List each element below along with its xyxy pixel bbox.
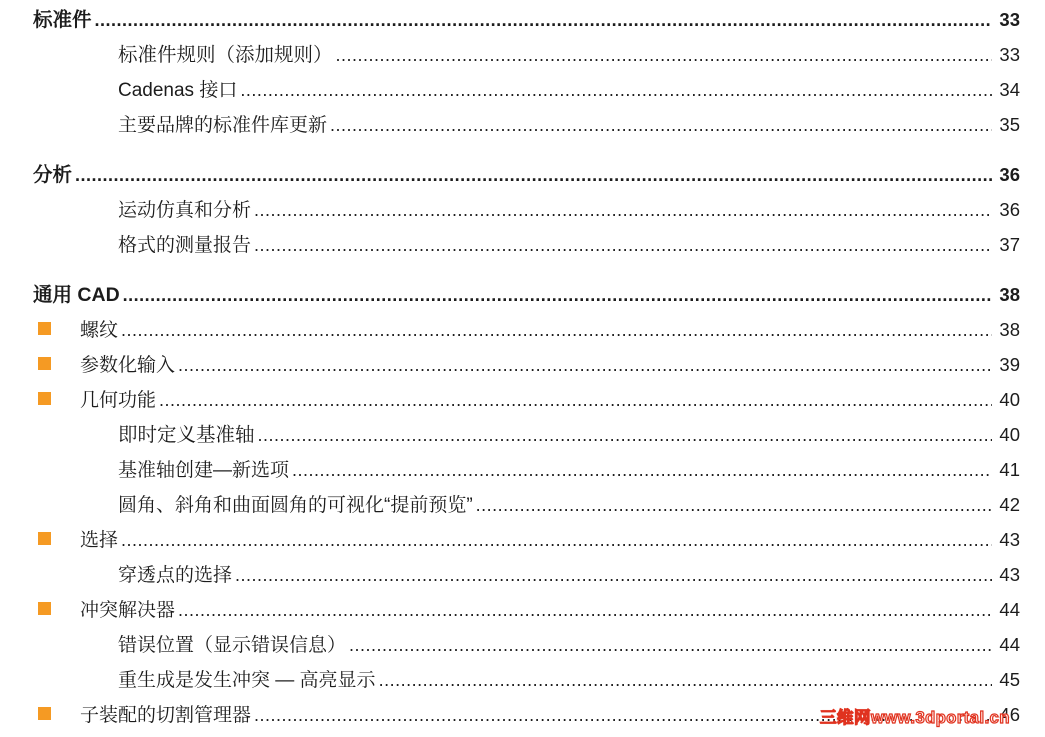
toc-entry-page: 38 [994, 277, 1020, 312]
toc-entry[interactable]: 主要品牌的标准件库更新 35 [33, 107, 1020, 142]
dot-leader-icon [379, 663, 992, 698]
watermark: 三维网www.3dportal.cn [820, 704, 1010, 728]
dot-leader-icon [258, 418, 992, 453]
toc-entry-page: 34 [994, 72, 1020, 107]
bullet-square-icon [38, 357, 51, 370]
toc-entry[interactable]: 标准件规则（添加规则） 33 [33, 37, 1020, 72]
toc-entry-label: 选择 [80, 523, 118, 558]
dot-leader-icon [476, 488, 992, 523]
toc-entry[interactable]: 通用 CAD 38 [33, 277, 1020, 312]
dot-leader-icon [75, 158, 992, 193]
toc-entry-label: 几何功能 [80, 383, 156, 418]
dot-leader-icon [330, 108, 992, 143]
toc-entry-label: 穿透点的选择 [118, 558, 232, 593]
toc-entry-page: 36 [994, 157, 1020, 192]
toc-entry[interactable]: 冲突解决器 44 [33, 592, 1020, 627]
toc-entry-page: 35 [994, 107, 1020, 142]
toc-entry[interactable]: 运动仿真和分析 36 [33, 192, 1020, 227]
toc-entry-label: 标准件 [33, 3, 92, 38]
dot-leader-icon [292, 453, 992, 488]
dot-leader-icon [240, 73, 992, 108]
toc-entry-page: 41 [994, 452, 1020, 487]
toc-entry[interactable]: 分析 36 [33, 157, 1020, 192]
toc-entry-label: 主要品牌的标准件库更新 [118, 108, 327, 143]
toc-entry-page: 40 [994, 382, 1020, 417]
dot-leader-icon [235, 558, 992, 593]
toc-entry[interactable]: 错误位置（显示错误信息） 44 [33, 627, 1020, 662]
toc-entry-page: 33 [994, 2, 1020, 37]
toc-entry-label: 格式的测量报告 [118, 228, 251, 263]
toc-entry-page: 33 [994, 37, 1020, 72]
toc-entry-label: 子装配的切割管理器 [80, 698, 251, 733]
dot-leader-icon [95, 3, 992, 38]
toc-entry-label: 重生成是发生冲突 — 高亮显示 [118, 663, 376, 698]
toc-entry[interactable]: 几何功能 40 [33, 382, 1020, 417]
dot-leader-icon [121, 523, 992, 558]
toc-entry-page: 36 [994, 192, 1020, 227]
bullet-square-icon [38, 322, 51, 335]
toc-entry-page: 43 [994, 522, 1020, 557]
toc-entry-page: 38 [994, 312, 1020, 347]
toc-entry[interactable]: 螺纹 38 [33, 312, 1020, 347]
toc-entry[interactable]: 基准轴创建—新选项 41 [33, 452, 1020, 487]
toc-entry[interactable]: 即时定义基准轴 40 [33, 417, 1020, 452]
toc-entry-label: 错误位置（显示错误信息） [118, 628, 346, 663]
dot-leader-icon [254, 228, 992, 263]
toc-entry-page: 45 [994, 662, 1020, 697]
dot-leader-icon [254, 193, 992, 228]
dot-leader-icon [178, 593, 992, 628]
toc-entry-label: 参数化输入 [80, 348, 175, 383]
toc-entry-label: 运动仿真和分析 [118, 193, 251, 228]
toc-entry-page: 44 [994, 627, 1020, 662]
toc-entry-page: 44 [994, 592, 1020, 627]
toc-entry-page: 39 [994, 347, 1020, 382]
toc-entry[interactable]: 圆角、斜角和曲面圆角的可视化“提前预览” 42 [33, 487, 1020, 522]
toc-entry-page: 37 [994, 227, 1020, 262]
bullet-square-icon [38, 707, 51, 720]
toc-entry-label: 螺纹 [80, 313, 118, 348]
toc-entry[interactable]: 选择 43 [33, 522, 1020, 557]
toc-entry-label: 通用 CAD [33, 278, 120, 313]
dot-leader-icon [349, 628, 992, 663]
dot-leader-icon [336, 38, 992, 73]
dot-leader-icon [121, 313, 992, 348]
toc-entry[interactable]: 参数化输入 39 [33, 347, 1020, 382]
toc-entry-label: 基准轴创建—新选项 [118, 453, 289, 488]
toc-entry-label: 冲突解决器 [80, 593, 175, 628]
dot-leader-icon [123, 278, 992, 313]
toc-entry[interactable]: 格式的测量报告 37 [33, 227, 1020, 262]
toc-entry[interactable]: 穿透点的选择 43 [33, 557, 1020, 592]
toc-entry-page: 42 [994, 487, 1020, 522]
toc-entry-page: 40 [994, 417, 1020, 452]
toc-entry-label: 标准件规则（添加规则） [118, 38, 333, 73]
toc-entry-page: 43 [994, 557, 1020, 592]
dot-leader-icon [159, 383, 992, 418]
toc-entry-label: Cadenas 接口 [118, 73, 237, 108]
bullet-square-icon [38, 532, 51, 545]
dot-leader-icon [178, 348, 992, 383]
toc-entry[interactable]: 重生成是发生冲突 — 高亮显示 45 [33, 662, 1020, 697]
bullet-square-icon [38, 602, 51, 615]
toc-entry[interactable]: 标准件 33 [33, 2, 1020, 37]
toc-entry-label: 圆角、斜角和曲面圆角的可视化“提前预览” [118, 488, 473, 523]
toc-entry-label: 分析 [33, 158, 72, 193]
toc-entry[interactable]: Cadenas 接口 34 [33, 72, 1020, 107]
bullet-square-icon [38, 392, 51, 405]
toc: 标准件 33 标准件规则（添加规则） 33 Cadenas 接口 34 主要品牌… [0, 0, 1045, 732]
toc-entry-label: 即时定义基准轴 [118, 418, 255, 453]
